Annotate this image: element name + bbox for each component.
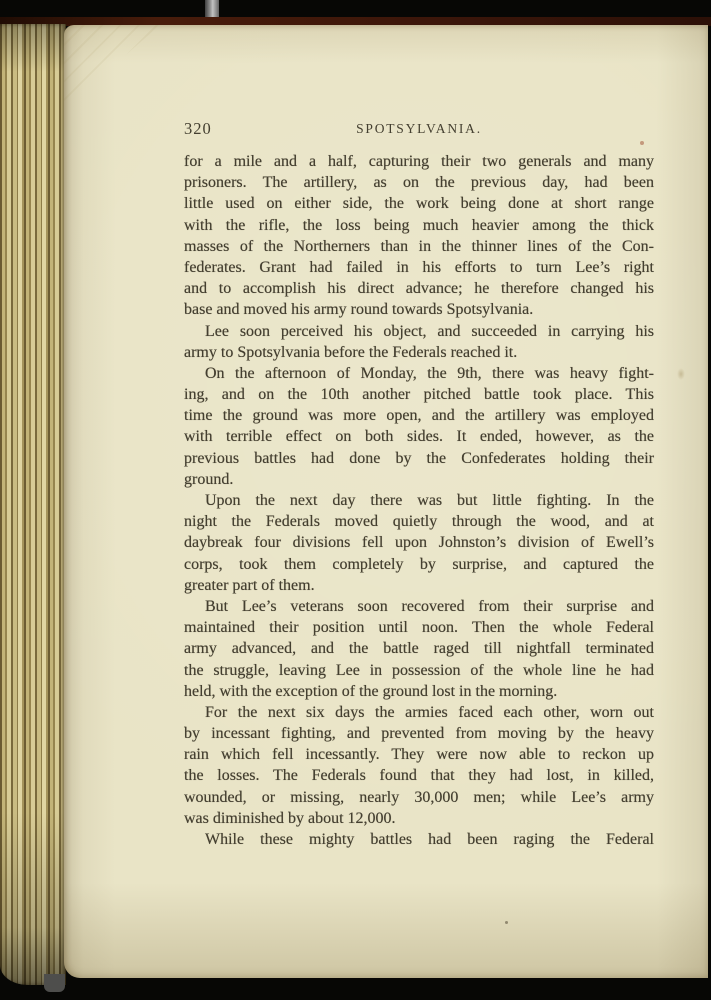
- text-line: prisoners. The artillery, as on the prev…: [184, 172, 654, 193]
- page-body-text: for a mile and a half, capturing their t…: [184, 151, 654, 850]
- text-line: rain which fell incessantly. They were n…: [184, 744, 654, 765]
- text-line: For the next six days the armies faced e…: [184, 702, 654, 723]
- text-line: On the afternoon of Monday, the 9th, the…: [184, 363, 654, 384]
- text-line: maintained their position until noon. Th…: [184, 617, 654, 638]
- text-line: Upon the next day there was but little f…: [184, 490, 654, 511]
- text-line: greater part of them.: [184, 575, 654, 596]
- text-line: with the rifle, the loss being much heav…: [184, 215, 654, 236]
- text-line: by incessant fighting, and prevented fro…: [184, 723, 654, 744]
- bottom-edge-notch: [44, 974, 65, 992]
- text-line: army to Spotsylvania before the Federals…: [184, 342, 654, 363]
- text-line: the struggle, leaving Lee in possession …: [184, 660, 654, 681]
- page-number: 320: [184, 119, 212, 139]
- text-line: ing, and on the 10th another pitched bat…: [184, 384, 654, 405]
- text-line: Lee soon perceived his object, and succe…: [184, 321, 654, 342]
- text-line: little used on either side, the work bei…: [184, 193, 654, 214]
- text-line: corps, took them completely by surprise,…: [184, 554, 654, 575]
- text-line: the losses. The Federals found that they…: [184, 765, 654, 786]
- text-line: ground.: [184, 469, 654, 490]
- text-line: But Lee’s veterans soon recovered from t…: [184, 596, 654, 617]
- paper-speck: [640, 141, 644, 145]
- text-line: While these mighty battles had been ragi…: [184, 829, 654, 850]
- paper-blemish: [677, 368, 685, 380]
- text-line: previous battles had done by the Confede…: [184, 448, 654, 469]
- text-line: daybreak four divisions fell upon Johnst…: [184, 532, 654, 553]
- text-line: with terrible effect on both sides. It e…: [184, 426, 654, 447]
- text-line: night the Federals moved quietly through…: [184, 511, 654, 532]
- text-line: federates. Grant had failed in his effor…: [184, 257, 654, 278]
- text-line: held, with the exception of the ground l…: [184, 681, 654, 702]
- page-corner-fan: [64, 25, 160, 109]
- text-line: and to accomplish his direct advance; he…: [184, 278, 654, 299]
- paper-speck: [505, 921, 508, 924]
- text-line: base and moved his army round towards Sp…: [184, 299, 654, 320]
- page-header: 320 SPOTSYLVANIA.: [184, 119, 654, 137]
- book-page: 320 SPOTSYLVANIA. for a mile and a half,…: [64, 25, 708, 978]
- book-page-edges: [0, 24, 66, 985]
- book-scan-viewport: 320 SPOTSYLVANIA. for a mile and a half,…: [0, 0, 711, 1000]
- text-line: for a mile and a half, capturing their t…: [184, 151, 654, 172]
- running-head: SPOTSYLVANIA.: [184, 119, 654, 137]
- text-line: was diminished by about 12,000.: [184, 808, 654, 829]
- text-line: masses of the Northerners than in the th…: [184, 236, 654, 257]
- text-line: time the ground was more open, and the a…: [184, 405, 654, 426]
- text-line: army advanced, and the battle raged till…: [184, 638, 654, 659]
- text-line: wounded, or missing, nearly 30,000 men; …: [184, 787, 654, 808]
